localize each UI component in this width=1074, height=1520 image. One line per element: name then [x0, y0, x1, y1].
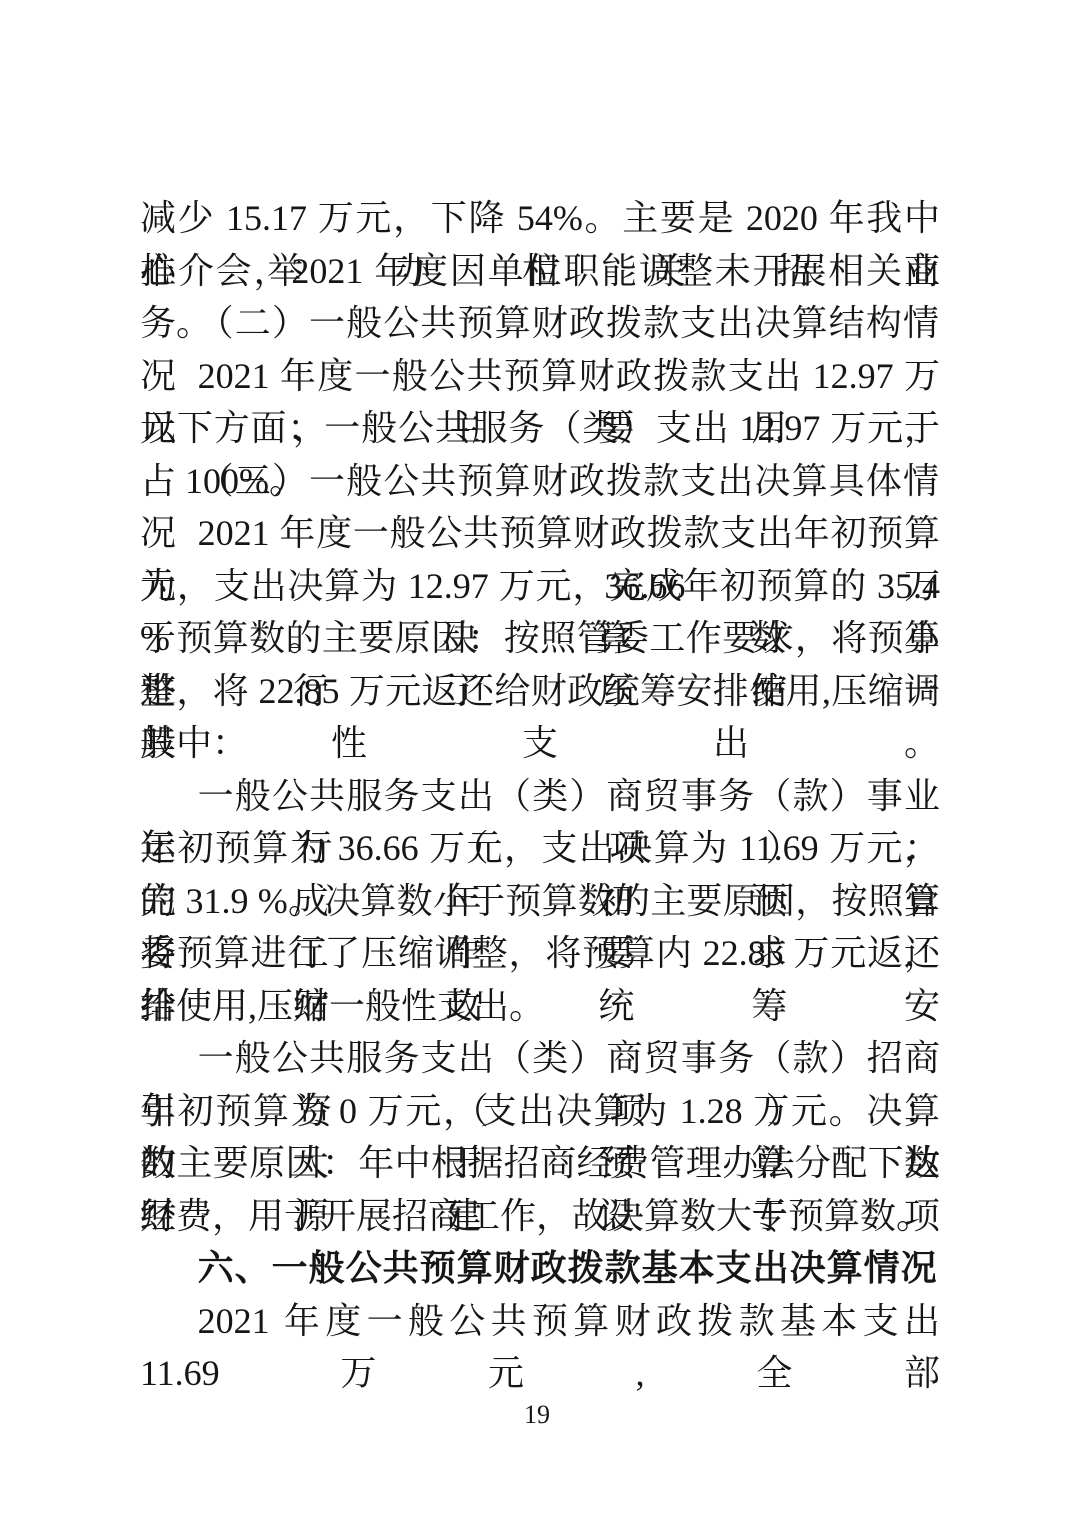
- text-line: 将预算进行了压缩调整，将预算内 22.85 万元返还给财政统筹安: [140, 927, 940, 980]
- text-line: 经费，用于开展招商工作，故决算数大于预算数。: [140, 1190, 940, 1243]
- text-line: 一般公共服务支出（类）商贸事务（款）事业运行（项）：: [140, 770, 940, 823]
- page-number: 19: [0, 1400, 1074, 1430]
- text-line: 的主要原因：年中根据招商经费管理办法分配下达财源建设专项: [140, 1137, 940, 1190]
- section-heading-6: 六、一般公共预算财政拨款基本支出决算情况: [140, 1242, 940, 1295]
- text-line: 年初预算为 36.66 万元，支出决算为 11.69 万元，完成年初预算: [140, 822, 940, 875]
- text-line: 以下方面：一般公共服务（类）支出 12.97 万元，占 100%。: [140, 402, 940, 455]
- subsection-heading-2: （二）一般公共预算财政拨款支出决算结构情况: [140, 297, 940, 350]
- text-line: 元，支出决算为 12.97 万元，完成年初预算的 35.4 %。决算数小: [140, 560, 940, 613]
- subsection-heading-3: （三）一般公共预算财政拨款支出决算具体情况: [140, 455, 940, 508]
- text-line: 年初预算为 0 万元，支出决算为 1.28 万元。决算数大于预算数: [140, 1085, 940, 1138]
- text-line: 减少 15.17 万元，下降 54%。主要是 2020 年我中心举办相关招商: [140, 192, 940, 245]
- text-line: 2021 年度一般公共预算财政拨款基本支出 11.69 万元,全部: [140, 1295, 940, 1348]
- document-body: 减少 15.17 万元，下降 54%。主要是 2020 年我中心举办相关招商 推…: [140, 192, 940, 1347]
- text-line: 2021 年度一般公共预算财政拨款支出年初预算为 36.66 万: [140, 507, 940, 560]
- text-line: 一般公共服务支出（类）商贸事务（款）招商引资（项）：: [140, 1032, 940, 1085]
- text-line: 于预算数的主要原因：按照管委工作要求，将预算进行了压缩调: [140, 612, 940, 665]
- text-line: 整，将 22.85 万元返还给财政统筹安排使用,压缩一般性支出。: [140, 665, 940, 718]
- text-line: 2021 年度一般公共预算财政拨款支出 12.97 万元，主要用于: [140, 350, 940, 403]
- text-line: 推介会，2021 年度因单位职能调整未开展相关业务。: [140, 245, 940, 298]
- text-line: 的 31.9 %。决算数小于预算数的主要原因，按照管委工作要求，: [140, 875, 940, 928]
- document-page: 减少 15.17 万元，下降 54%。主要是 2020 年我中心举办相关招商 推…: [0, 0, 1074, 1520]
